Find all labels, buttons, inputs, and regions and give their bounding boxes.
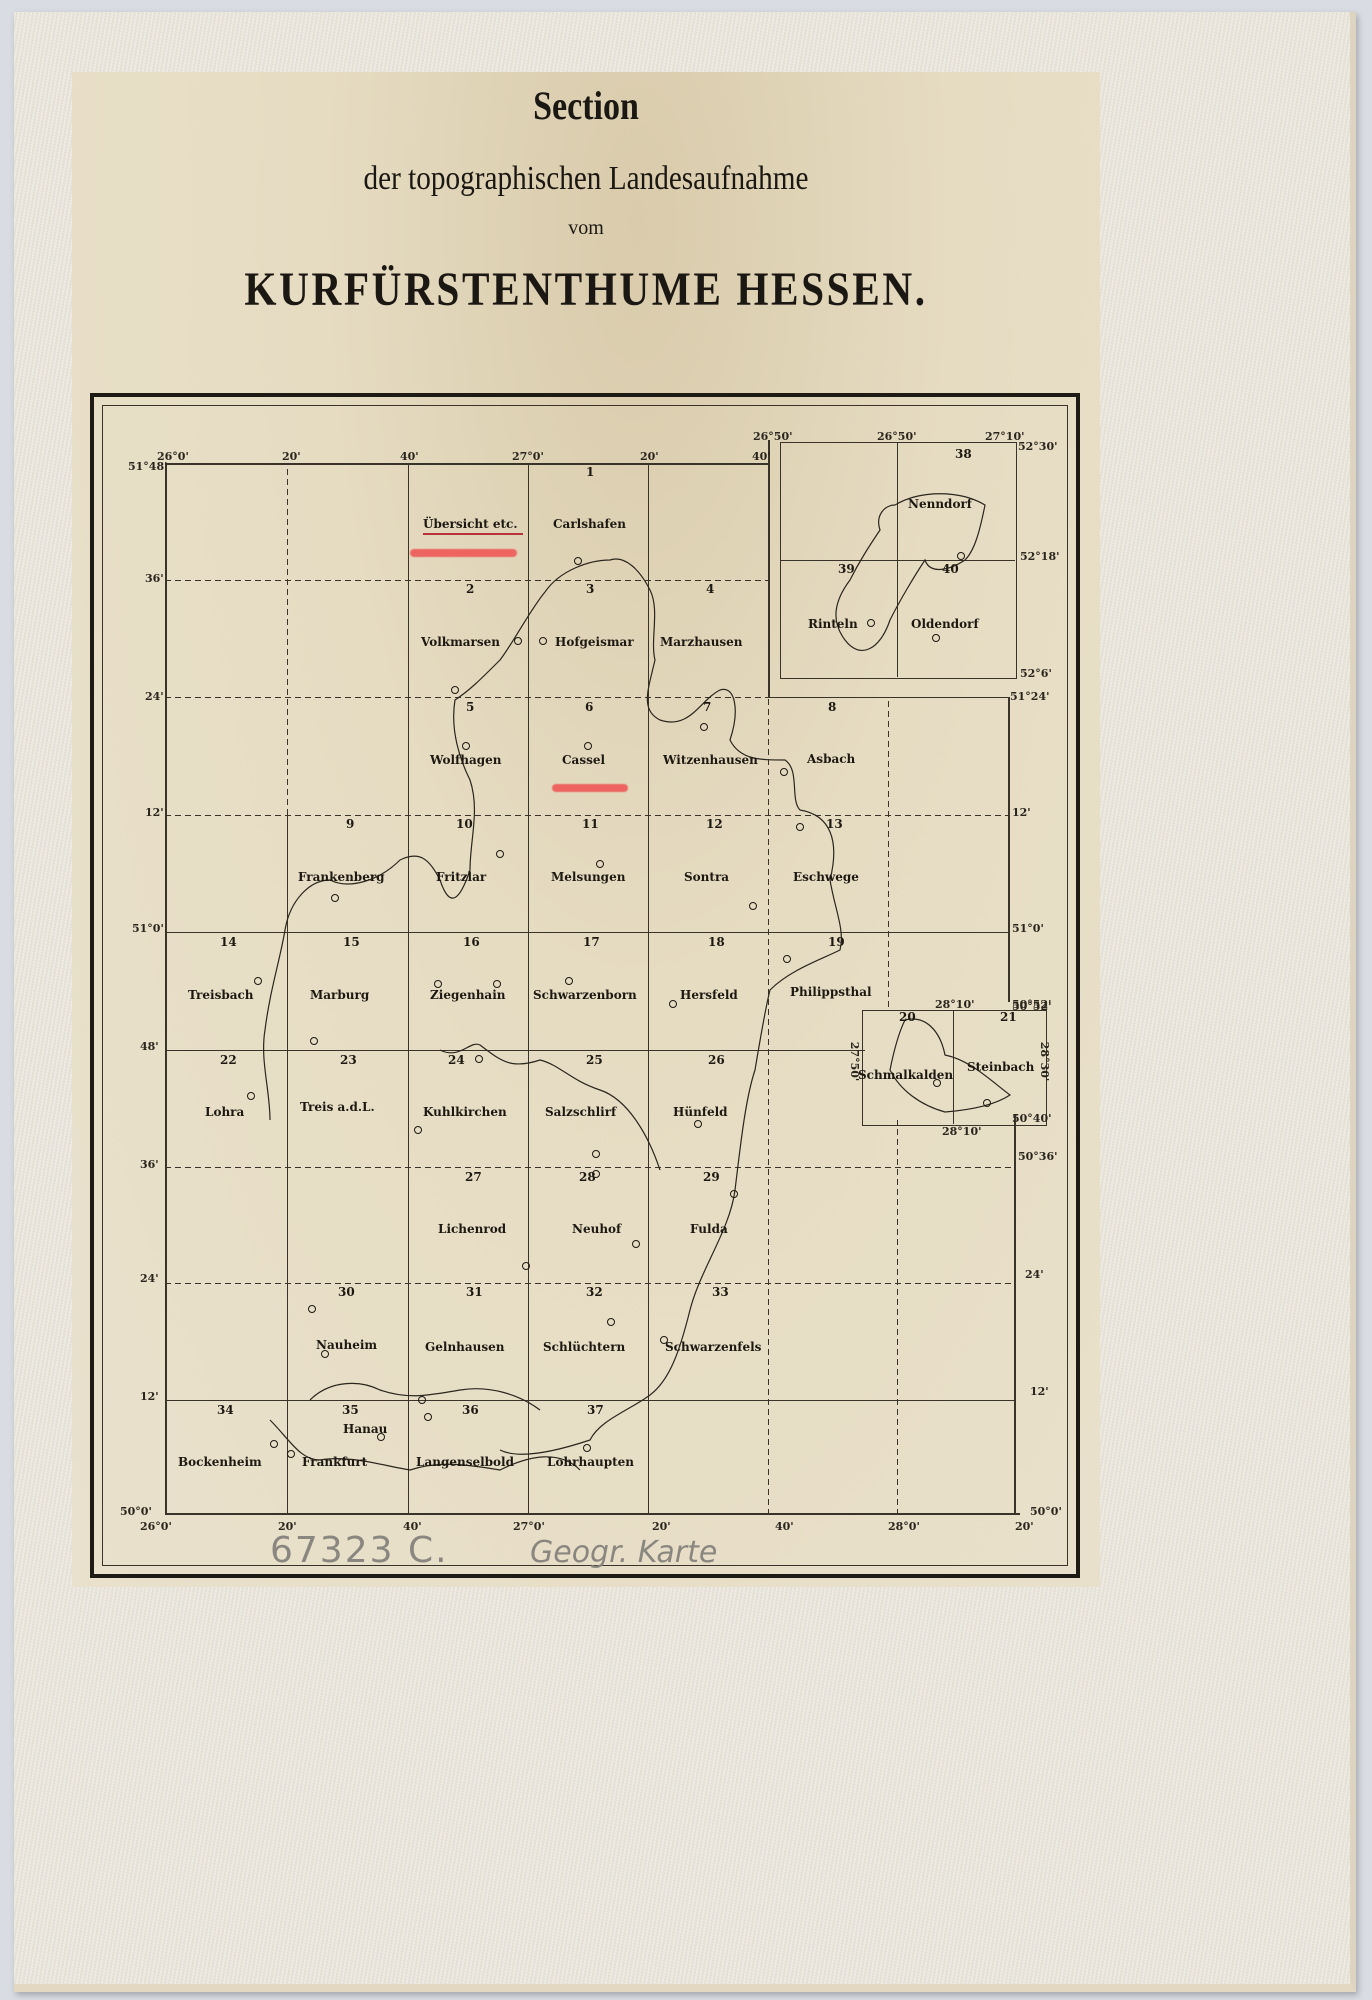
red-underline-uebersicht bbox=[423, 533, 523, 535]
red-highlight-uebersicht bbox=[410, 549, 517, 557]
inset-south-coord: 28°10' bbox=[942, 1125, 981, 1138]
inset-north-coord: 26°50' bbox=[753, 430, 792, 443]
red-highlight-cassel bbox=[552, 784, 628, 792]
inset-north-coord: 26°50' bbox=[877, 430, 916, 443]
inset-south-coord: 28°30' bbox=[1038, 1042, 1051, 1081]
inset-south-coord: 50°52' bbox=[1012, 998, 1051, 1011]
uebersicht-label: Übersicht etc. bbox=[423, 517, 518, 531]
pencil-note: Geogr. Karte bbox=[530, 1535, 717, 1570]
inset-north-coord: 52°18' bbox=[1020, 550, 1059, 563]
inset-south-coord: 50°40' bbox=[1012, 1112, 1051, 1125]
pencil-catalog-number: 67323 C. bbox=[270, 1530, 449, 1571]
inset-south-coord: 28°10' bbox=[935, 998, 974, 1011]
inset-north-coord: 52°30' bbox=[1018, 440, 1057, 453]
inset-north-coord: 52°6' bbox=[1020, 667, 1052, 680]
